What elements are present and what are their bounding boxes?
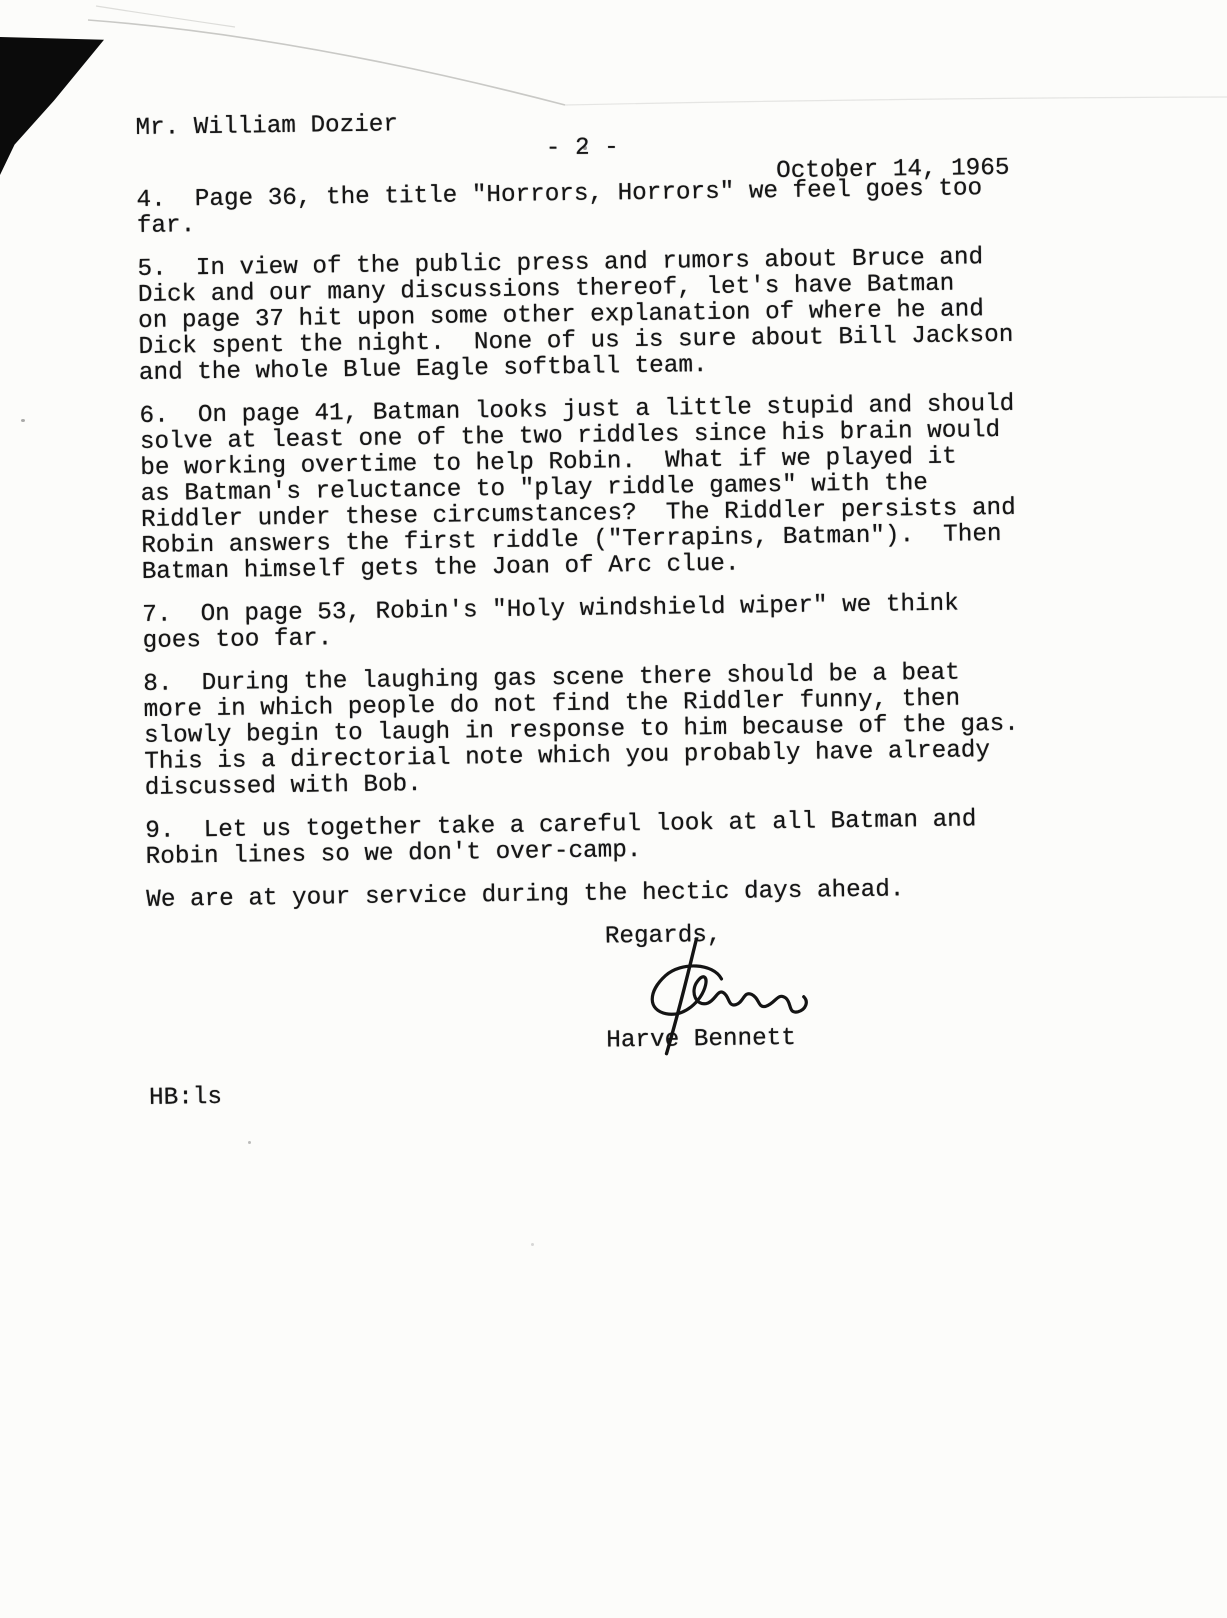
letter-header: Mr. William Dozier - 2 - October 14, 196… — [135, 77, 1065, 116]
closing-line: We are at your service during the hectic… — [146, 875, 1076, 914]
list-item-9: 9. Let us together take a careful look a… — [145, 806, 1076, 871]
list-item-5: 5. In view of the public press and rumor… — [137, 244, 1069, 387]
list-item-6: 6. On page 41, Batman looks just a littl… — [139, 391, 1071, 586]
recipient-name: Mr. William Dozier — [135, 112, 398, 142]
list-item-8: 8. During the laughing gas scene there s… — [143, 659, 1075, 802]
signature-block: Regards, Harve Bennett — [605, 919, 1037, 1055]
letter-content: Mr. William Dozier - 2 - October 14, 196… — [135, 77, 1079, 1112]
scan-corner-artifact — [0, 37, 104, 175]
paper-speck — [21, 419, 25, 422]
scanned-letter-page: Mr. William Dozier - 2 - October 14, 196… — [0, 0, 1227, 1618]
letter-date: October 14, 1965 — [776, 156, 1010, 185]
handwritten-signature — [623, 935, 839, 1058]
paper-speck — [531, 1243, 534, 1246]
page-number: - 2 - — [546, 135, 619, 162]
list-item-7: 7. On page 53, Robin's "Holy windshield … — [142, 590, 1073, 655]
list-item-4: 4. Page 36, the title "Horrors, Horrors"… — [136, 175, 1067, 240]
paper-speck — [248, 1141, 251, 1144]
reference-initials: HB:ls — [149, 1073, 1079, 1112]
